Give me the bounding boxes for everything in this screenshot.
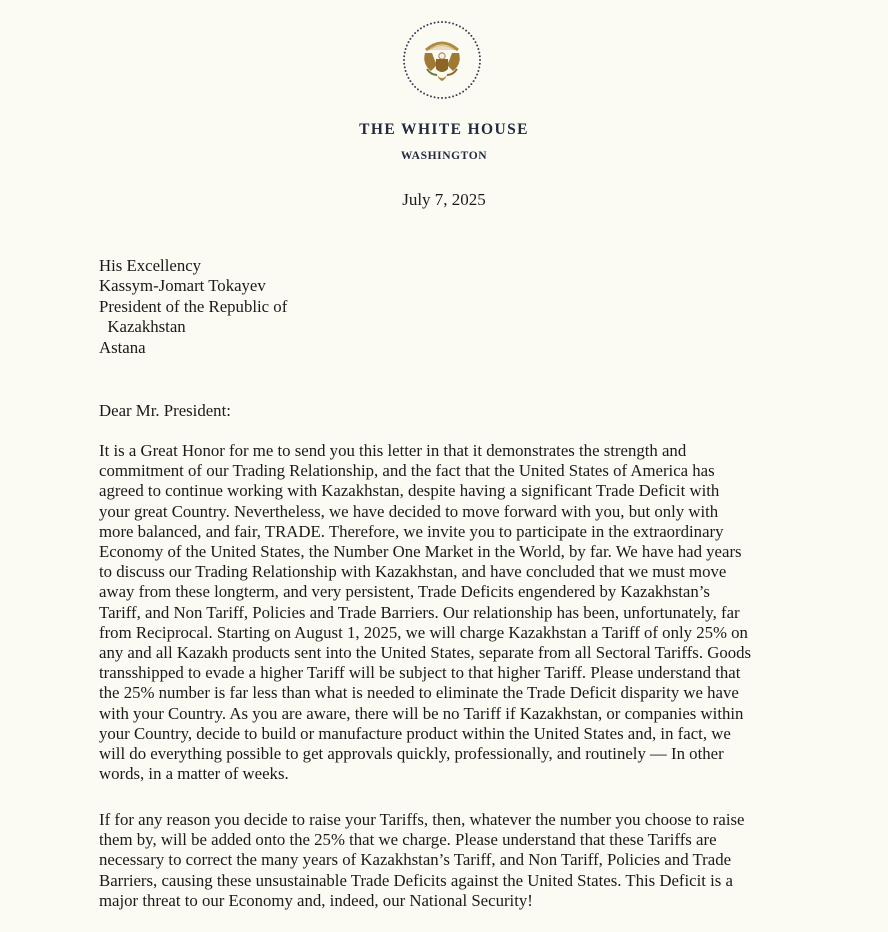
presidential-seal-icon bbox=[401, 19, 483, 101]
paragraph-line: your great Country. Nevertheless, we hav… bbox=[99, 502, 879, 522]
letterhead-title: THE WHITE HOUSE bbox=[0, 121, 888, 139]
paragraph-line: away from these longterm, and very persi… bbox=[99, 582, 879, 602]
address-line: Kassym-Jomart Tokayev bbox=[99, 276, 287, 296]
body-paragraph-2: If for any reason you decide to raise yo… bbox=[99, 810, 879, 911]
paragraph-line: Economy of the United States, the Number… bbox=[99, 542, 879, 562]
paragraph-line: If for any reason you decide to raise yo… bbox=[99, 810, 879, 830]
letter-date: July 7, 2025 bbox=[0, 190, 888, 210]
paragraph-line: commitment of our Trading Relationship, … bbox=[99, 461, 879, 481]
address-line: President of the Republic of bbox=[99, 297, 287, 317]
paragraph-line: It is a Great Honor for me to send you t… bbox=[99, 441, 879, 461]
paragraph-line: Barriers, causing these unsustainable Tr… bbox=[99, 871, 879, 891]
paragraph-line: words, in a matter of weeks. bbox=[99, 764, 879, 784]
paragraph-line: agreed to continue working with Kazakhst… bbox=[99, 481, 879, 501]
paragraph-line: Tariff, and Non Tariff, Policies and Tra… bbox=[99, 603, 879, 623]
paragraph-line: your Country, decide to build or manufac… bbox=[99, 724, 879, 744]
address-line: Astana bbox=[99, 338, 287, 358]
body-paragraph-1: It is a Great Honor for me to send you t… bbox=[99, 441, 879, 784]
paragraph-line: any and all Kazakh products sent into th… bbox=[99, 643, 879, 663]
paragraph-line: will do everything possible to get appro… bbox=[99, 744, 879, 764]
paragraph-line: transshipped to evade a higher Tariff wi… bbox=[99, 663, 879, 683]
paragraph-line: to discuss our Trading Relationship with… bbox=[99, 562, 879, 582]
address-line: His Excellency bbox=[99, 256, 287, 276]
paragraph-line: major threat to our Economy and, indeed,… bbox=[99, 891, 879, 911]
letterhead-subtitle: WASHINGTON bbox=[0, 150, 888, 162]
paragraph-line: more balanced, and fair, TRADE. Therefor… bbox=[99, 522, 879, 542]
paragraph-line: them by, will be added onto the 25% that… bbox=[99, 830, 879, 850]
address-line: Kazakhstan bbox=[99, 317, 287, 337]
recipient-address: His Excellency Kassym-Jomart Tokayev Pre… bbox=[99, 256, 287, 358]
paragraph-line: from Reciprocal. Starting on August 1, 2… bbox=[99, 623, 879, 643]
paragraph-line: with your Country. As you are aware, the… bbox=[99, 704, 879, 724]
paragraph-line: necessary to correct the many years of K… bbox=[99, 850, 879, 870]
salutation: Dear Mr. President: bbox=[99, 401, 231, 421]
paragraph-line: the 25% number is far less than what is … bbox=[99, 683, 879, 703]
